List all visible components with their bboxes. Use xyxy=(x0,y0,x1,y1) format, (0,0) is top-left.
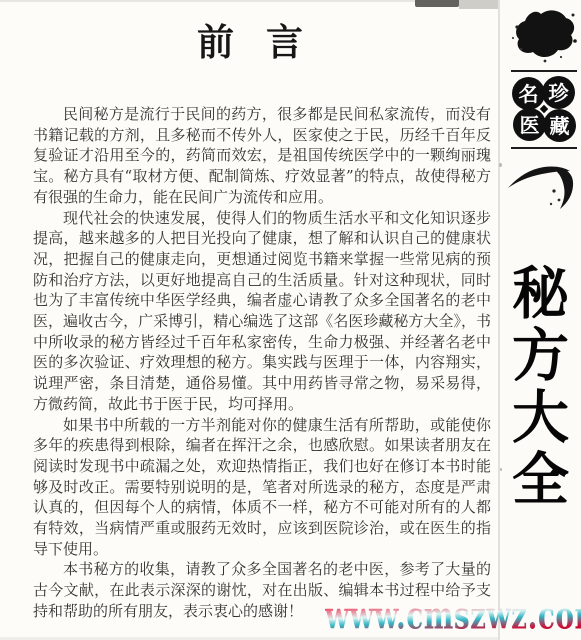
scan-dust-speck xyxy=(499,163,502,167)
brush-stroke-icon xyxy=(506,158,578,214)
preface-paragraph: 如果书中所载的一方半剂能对你的健康生活有所帮助，或能使你多年的疾患得到根除，编者… xyxy=(33,415,491,560)
divider-line xyxy=(511,70,577,72)
scanned-book-page: 前 言 民间秘方是流行于民间的药方，很多都是民间私家流传，而没有书籍记载的方剂，… xyxy=(0,0,581,640)
series-title-char: 方 xyxy=(500,325,581,387)
preface-paragraph: 民间秘方是流行于民间的药方，很多都是民间私家流传，而没有书籍记载的方剂，且多秘而… xyxy=(33,104,491,208)
preface-paragraph: 本书秘方的收集，请教了众多全国著名的老中医，参考了大量的古今文献，在此表示深深的… xyxy=(33,559,491,621)
seal-char: 藏 xyxy=(543,109,576,142)
famous-doctors-seal: 名 珍 医 藏 xyxy=(512,76,576,144)
scan-dust-speck xyxy=(500,468,502,471)
seal-char-label: 医 xyxy=(520,115,540,135)
ink-splash-icon xyxy=(511,5,579,65)
seal-char: 名 xyxy=(512,77,545,110)
preface-main-area: 前 言 民间秘方是流行于民间的药方，很多都是民间私家流传，而没有书籍记载的方剂，… xyxy=(0,0,498,640)
seal-char-label: 珍 xyxy=(549,83,569,103)
seal-char: 珍 xyxy=(542,76,575,109)
page-title-char: 前 xyxy=(197,22,234,63)
page-title: 前 言 xyxy=(0,22,500,63)
seal-char: 医 xyxy=(513,108,546,141)
seal-char-label: 名 xyxy=(519,84,539,104)
series-title-char: 秘 xyxy=(500,263,581,325)
page-title-char: 言 xyxy=(266,22,303,63)
series-title-char: 全 xyxy=(500,449,581,511)
preface-paragraph: 现代社会的快速发展，使得人们的物质生活水平和文化知识逐步提高，越来越多的人把目光… xyxy=(33,208,491,415)
divider-line xyxy=(511,147,577,149)
seal-char-label: 藏 xyxy=(550,116,570,136)
series-title-char: 大 xyxy=(500,387,581,449)
book-margin-sidebar: 名 珍 医 藏 秘 方 大 全 xyxy=(498,0,581,640)
preface-body-text: 民间秘方是流行于民间的药方，很多都是民间私家流传，而没有书籍记载的方剂，且多秘而… xyxy=(33,104,491,622)
vertical-series-title: 秘 方 大 全 xyxy=(500,263,581,511)
